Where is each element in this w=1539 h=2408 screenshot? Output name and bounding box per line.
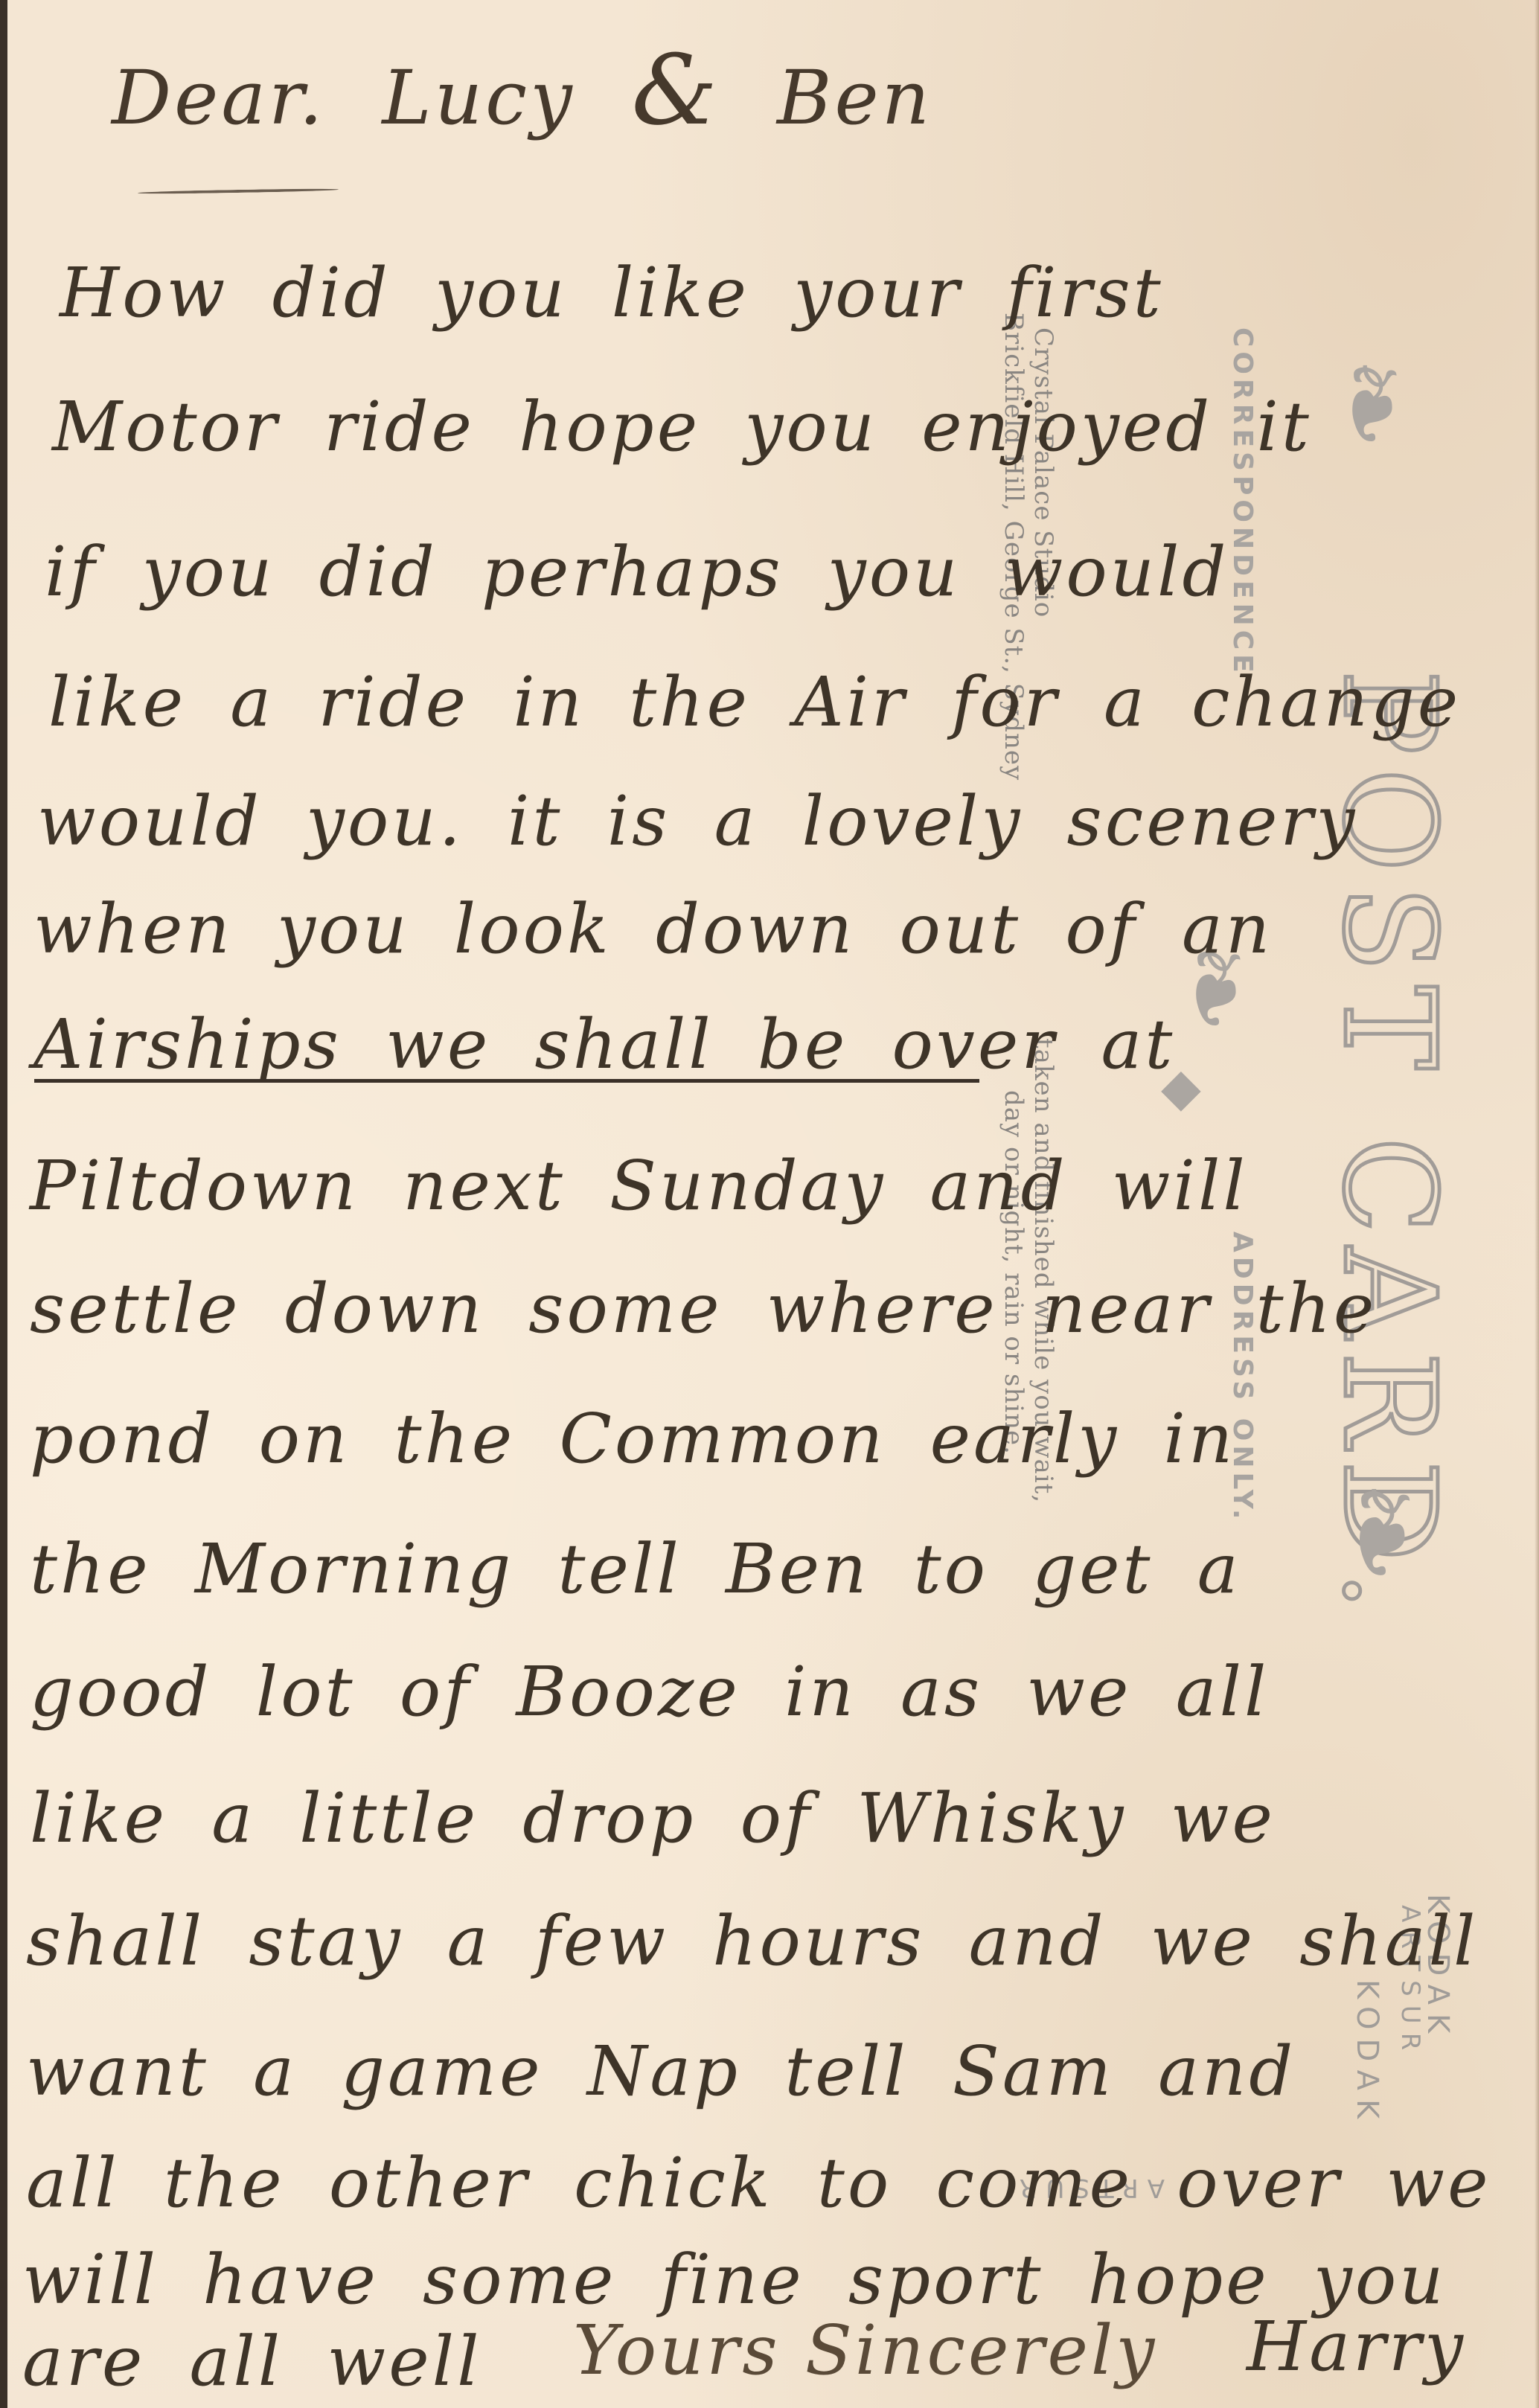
scroll-ornament-icon: ❧ (1307, 356, 1436, 450)
salutation: Dear. Lucy & Ben (112, 33, 932, 147)
body-line: when you look down out of an (33, 889, 1273, 969)
body-line: the Morning tell Ben to get a (30, 1529, 1241, 1609)
valediction: Yours Sincerely (573, 2311, 1157, 2390)
body-line: like a little drop of Whisky we (30, 1778, 1276, 1858)
recipient-lucy: Lucy (382, 54, 575, 141)
greeting: Dear. (112, 54, 326, 141)
recipient-ben: Ben (777, 54, 932, 141)
body-line: will have some fine sport hope you (22, 2240, 1447, 2319)
kodak-stamp-line-2: KODAK (1350, 1979, 1384, 2127)
ampersand: & (631, 33, 720, 147)
body-line: are all well (22, 2322, 482, 2401)
postcard: Crystal Palace Studio taken and finished… (0, 0, 1539, 2408)
salutation-underline (138, 188, 339, 195)
body-line: good lot of Booze in as we all (30, 1652, 1269, 1732)
body-line: Piltdown next Sunday and will (30, 1146, 1248, 1226)
body-line: want a game Nap tell Sam and (26, 2031, 1296, 2111)
body-line: if you did perhaps you would (45, 532, 1229, 612)
body-line: Motor ride hope you enjoyed it (52, 387, 1312, 467)
airships-underline (34, 1079, 979, 1083)
body-line: all the other chick to come over we (26, 2143, 1491, 2223)
body-line: would you. it is a lovely scenery (37, 781, 1357, 861)
body-line: Airships we shall be over at (33, 1005, 1175, 1084)
correspondence-label: CORRESPONDENCE (1227, 327, 1258, 677)
body-line: settle down some where near the (30, 1269, 1377, 1348)
scroll-ornament-icon: ❧ (1308, 1479, 1455, 1585)
body-line: How did you like your first (60, 253, 1164, 333)
body-line: shall stay a few hours and we shall (26, 1901, 1478, 1981)
signature: Harry (1247, 2307, 1466, 2386)
body-line: pond on the Common early in (30, 1399, 1235, 1479)
body-line: like a ride in the Air for a change (48, 662, 1461, 742)
